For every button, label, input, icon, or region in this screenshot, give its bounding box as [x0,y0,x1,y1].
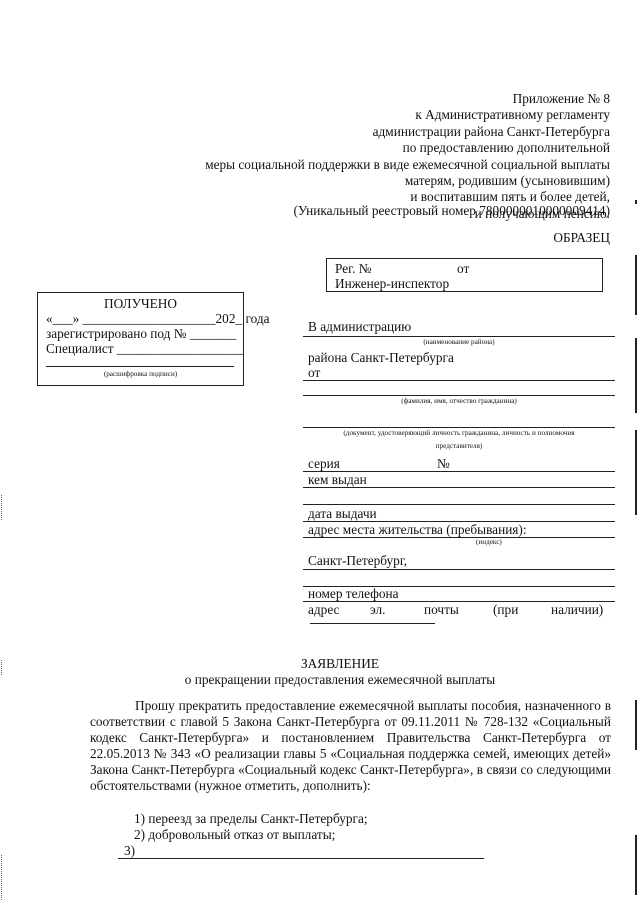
fio-field[interactable] [303,395,615,396]
scan-edge-dots [1,855,3,900]
from-field[interactable] [303,380,615,381]
inspector-label: Инженер-инспектор [335,276,449,292]
sample-label: ОБРАЗЕЦ [553,230,610,246]
scan-edge-dots [1,495,3,520]
fio-caption: (фамилия, имя, отчество гражданина) [303,397,615,405]
appendix-line: к Административному регламенту [110,107,610,123]
scan-edge-mark [635,835,637,895]
city-address-field[interactable] [303,569,615,570]
scan-edge-mark [635,200,637,204]
stamp-specialist-line[interactable]: Специалист ___________________ [46,341,243,357]
document-caption-1: (документ, удостоверяющий личность гражд… [303,429,615,437]
number-label: № [437,456,450,472]
email-word: наличии) [551,602,603,618]
option-voluntary-refusal[interactable]: 2) добровольный отказ от выплаты; [134,827,335,843]
issued-by-field-2[interactable] [303,504,615,505]
district-caption: (наименование района) [303,338,615,346]
city-label: Санкт-Петербург, [308,553,407,569]
from-label: от [308,365,320,381]
index-caption: (индекс) [476,538,502,546]
issued-by-label: кем выдан [308,472,367,488]
district-suffix: района Санкт-Петербурга [308,350,454,366]
series-label: серия [308,456,340,472]
appendix-line: Приложение № 8 [110,91,610,107]
reg-from-label: от [457,261,469,277]
issued-by-field[interactable] [303,487,615,488]
appendix-line: матерям, родившим (усыновившим) [110,173,610,189]
address-label: адрес места жительства (пребывания): [308,522,527,538]
statement-paragraph-text: Прошу прекратить предоставление ежемесяч… [90,698,611,793]
appendix-line: меры социальной поддержки в виде ежемеся… [110,157,610,173]
statement-title: ЗАЯВЛЕНИЕ [80,656,600,672]
scan-edge-mark [635,700,637,750]
stamp-registered-line[interactable]: зарегистрировано под № _______ [46,326,236,342]
scan-edge-dots [1,660,3,675]
statement-paragraph: Прошу прекратить предоставление ежемесяч… [90,698,611,794]
appendix-line: по предоставлению дополнительной [110,140,610,156]
registry-number: (Уникальный реестровый номер 78000000100… [293,203,610,219]
reg-number-label: Рег. № [335,261,371,277]
scan-edge-mark [635,338,637,413]
scan-edge-mark [635,430,637,515]
stamp-signature-line[interactable] [46,366,234,367]
issue-date-label: дата выдачи [308,506,377,522]
stamp-decoder-caption: (расшифровка подписи) [38,370,243,378]
document-caption-2: представителя) [303,442,615,450]
email-word: эл. [370,602,385,618]
to-administration-label: В администрацию [308,319,411,335]
option-other-field[interactable] [118,858,484,859]
address-field[interactable] [303,537,615,538]
phone-label: номер телефона [308,586,399,602]
email-word: (при [493,602,518,618]
stamp-title: ПОЛУЧЕНО [38,296,243,312]
email-word: почты [424,602,459,618]
received-stamp: ПОЛУЧЕНО «___» ____________________202_ … [37,292,244,386]
option-relocation[interactable]: 1) переезд за пределы Санкт-Петербурга; [134,811,368,827]
district-field[interactable] [303,336,615,337]
statement-subtitle: о прекращении предоставления ежемесячной… [80,672,600,688]
scan-edge-mark [635,255,637,315]
appendix-line: администрации района Санкт-Петербурга [110,124,610,140]
email-field[interactable] [310,623,435,624]
option-other-label: 3) [124,843,135,859]
registration-box: Рег. № от Инженер-инспектор [326,258,603,292]
stamp-date-line[interactable]: «___» ____________________202_ года [46,311,270,327]
email-word: адрес [308,602,339,618]
document-field[interactable] [303,427,615,428]
